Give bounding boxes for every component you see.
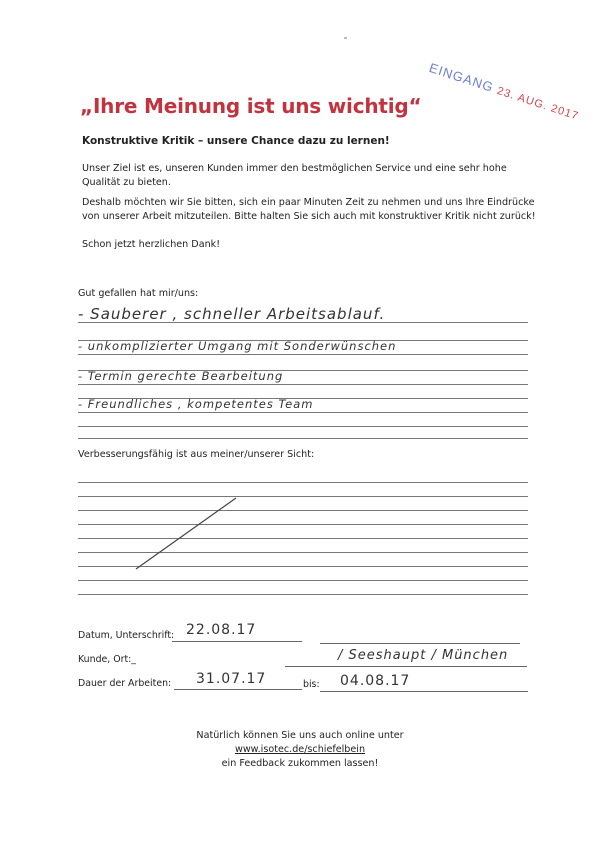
feedback-link[interactable]: www.isotec.de/schiefelbein bbox=[235, 744, 365, 755]
footer: Natürlich können Sie uns auch online unt… bbox=[150, 729, 450, 771]
duration-from-line bbox=[174, 689, 302, 690]
duration-from-value: 31.07.17 bbox=[196, 671, 266, 687]
strike-through-mark bbox=[0, 0, 595, 842]
duration-label: Dauer der Arbeiten: bbox=[78, 678, 171, 689]
footer-line-1: Natürlich können Sie uns auch online unt… bbox=[150, 729, 450, 743]
date-signature-line bbox=[172, 641, 302, 642]
customer-label: Kunde, Ort:_ bbox=[78, 654, 136, 665]
date-signature-label: Datum, Unterschrift: bbox=[78, 630, 174, 641]
extra-line bbox=[320, 643, 520, 644]
date-signature-value: 22.08.17 bbox=[186, 622, 256, 638]
footer-line-3: ein Feedback zukommen lassen! bbox=[150, 757, 450, 771]
until-label: bis: bbox=[303, 679, 320, 690]
customer-value: / Seeshaupt / München bbox=[338, 648, 508, 663]
duration-to-line bbox=[320, 691, 528, 692]
customer-line bbox=[285, 666, 527, 667]
duration-to-value: 04.08.17 bbox=[340, 673, 410, 689]
